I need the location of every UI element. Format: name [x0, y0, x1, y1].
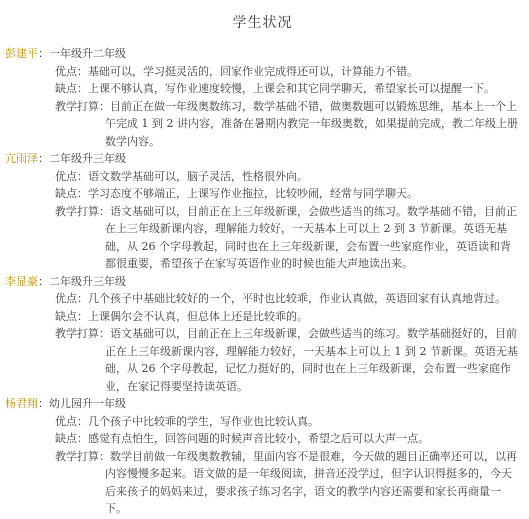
shortcomings-line: 缺点：学习态度不够端正，上课写作业拖拉，比较吵闹，经常与同学聊天。 — [55, 185, 521, 203]
merits-line: 优点：几个孩子中基础比较好的一个，平时也比较乖，作业认真做，英语回家有认真地背过… — [55, 290, 521, 308]
shortcomings-label: 缺点 — [55, 310, 77, 323]
merits-text: 几个孩子中基础比较好的一个，平时也比较乖，作业认真做，英语回家有认真地背过。 — [88, 292, 506, 305]
plan-line: 教学打算：语文基础可以，目前正在上三年级新课，会做些适当的练习。数学基础挺好的，… — [55, 325, 521, 395]
merits-label: 优点 — [55, 170, 77, 183]
colon: ： — [38, 152, 49, 165]
colon: ： — [99, 100, 110, 113]
student-name: 杨君翔 — [5, 397, 38, 410]
colon: ： — [77, 292, 88, 305]
plan-text: 目前正在做一年级奥数练习，数学基础不错，做奥数题可以锻炼思维，基本上一个上午完成… — [105, 100, 518, 148]
shortcomings-text: 感觉有点怕生，回答问题的时候声音比较小，希望之后可以大声一点。 — [88, 432, 429, 445]
merits-line: 优点：语文数学基础可以，脑子灵活，性格很外向。 — [55, 168, 521, 186]
student-header: 亢雨泽：二年级升三年级 — [5, 150, 521, 168]
student-header: 彭建平：一年级升二年级 — [5, 45, 521, 63]
grade-transition: 二年级升三年级 — [49, 152, 126, 165]
student-name: 彭建平 — [5, 47, 38, 60]
page-title: 学生状况 — [4, 12, 521, 32]
merits-line: 优点：几个孩子中比较乖的学生，写作业也比较认真。 — [55, 413, 521, 431]
shortcomings-text: 学习态度不够端正，上课写作业拖拉，比较吵闹，经常与同学聊天。 — [88, 187, 418, 200]
student-header: 李显豪：二年级升三年级 — [5, 273, 521, 291]
colon: ： — [77, 432, 88, 445]
plan-label: 教学打算 — [55, 100, 99, 113]
student-name: 亢雨泽 — [5, 152, 38, 165]
merits-label: 优点 — [55, 415, 77, 428]
colon: ： — [38, 397, 49, 410]
grade-transition: 幼儿园升一年级 — [49, 397, 126, 410]
plan-text: 语文基础可以，目前正在上三年级新课，会做些适当的练习。数学基础挺好的，目前正在上… — [105, 327, 518, 393]
grade-transition: 二年级升三年级 — [49, 275, 126, 288]
plan-line: 教学打算：语文基础可以，目前正在上三年级新课，会做些适当的练习。数学基础不错，目… — [55, 203, 521, 273]
colon: ： — [77, 82, 88, 95]
colon: ： — [99, 327, 110, 340]
student-record: 李显豪：二年级升三年级 优点：几个孩子中基础比较好的一个，平时也比较乖，作业认真… — [4, 273, 521, 396]
shortcomings-text: 上课不够认真，写作业速度较慢，上课会和其它同学聊天，希望家长可以提醒一下。 — [88, 82, 495, 95]
plan-text: 语文基础可以，目前正在上三年级新课，会做些适当的练习。数学基础不错，目前正在上三… — [105, 205, 517, 271]
shortcomings-text: 上课偶尔会不认真，但总体上还是比较乖的。 — [88, 310, 308, 323]
colon: ： — [77, 187, 88, 200]
merits-label: 优点 — [55, 65, 77, 78]
student-status-document: 学生状况 彭建平：一年级升二年级 优点：基础可以，学习挺灵活的，回家作业完成得还… — [0, 0, 529, 519]
student-header: 杨君翔：幼儿园升一年级 — [5, 395, 521, 413]
colon: ： — [77, 65, 88, 78]
student-name: 李显豪 — [5, 275, 38, 288]
grade-transition: 一年级升二年级 — [49, 47, 126, 60]
plan-text: 数学目前做一年级奥数教辅，里面内容不是很难，今天做的题目正确率还可以，以再内容慢… — [105, 450, 517, 516]
plan-label: 教学打算 — [55, 450, 99, 463]
merits-text: 几个孩子中比较乖的学生，写作业也比较认真。 — [88, 415, 319, 428]
merits-line: 优点：基础可以，学习挺灵活的，回家作业完成得还可以，计算能力不错。 — [55, 63, 521, 81]
colon: ： — [99, 205, 110, 218]
colon: ： — [77, 415, 88, 428]
colon: ： — [38, 47, 49, 60]
student-record: 亢雨泽：二年级升三年级 优点：语文数学基础可以，脑子灵活，性格很外向。 缺点：学… — [4, 150, 521, 273]
colon: ： — [38, 275, 49, 288]
merits-text: 基础可以，学习挺灵活的，回家作业完成得还可以，计算能力不错。 — [88, 65, 418, 78]
shortcomings-label: 缺点 — [55, 82, 77, 95]
merits-text: 语文数学基础可以，脑子灵活，性格很外向。 — [88, 170, 308, 183]
merits-label: 优点 — [55, 292, 77, 305]
shortcomings-label: 缺点 — [55, 432, 77, 445]
plan-line: 教学打算：目前正在做一年级奥数练习，数学基础不错，做奥数题可以锻炼思维，基本上一… — [55, 98, 521, 151]
plan-label: 教学打算 — [55, 205, 99, 218]
colon: ： — [99, 450, 110, 463]
shortcomings-line: 缺点：上课不够认真，写作业速度较慢，上课会和其它同学聊天，希望家长可以提醒一下。 — [55, 80, 521, 98]
shortcomings-label: 缺点 — [55, 187, 77, 200]
shortcomings-line: 缺点：感觉有点怕生，回答问题的时候声音比较小，希望之后可以大声一点。 — [55, 430, 521, 448]
plan-label: 教学打算 — [55, 327, 99, 340]
plan-line: 教学打算：数学目前做一年级奥数教辅，里面内容不是很难，今天做的题目正确率还可以，… — [55, 448, 521, 518]
student-record: 彭建平：一年级升二年级 优点：基础可以，学习挺灵活的，回家作业完成得还可以，计算… — [4, 45, 521, 150]
colon: ： — [77, 310, 88, 323]
student-record: 杨君翔：幼儿园升一年级 优点：几个孩子中比较乖的学生，写作业也比较认真。 缺点：… — [4, 395, 521, 518]
shortcomings-line: 缺点：上课偶尔会不认真，但总体上还是比较乖的。 — [55, 308, 521, 326]
colon: ： — [77, 170, 88, 183]
